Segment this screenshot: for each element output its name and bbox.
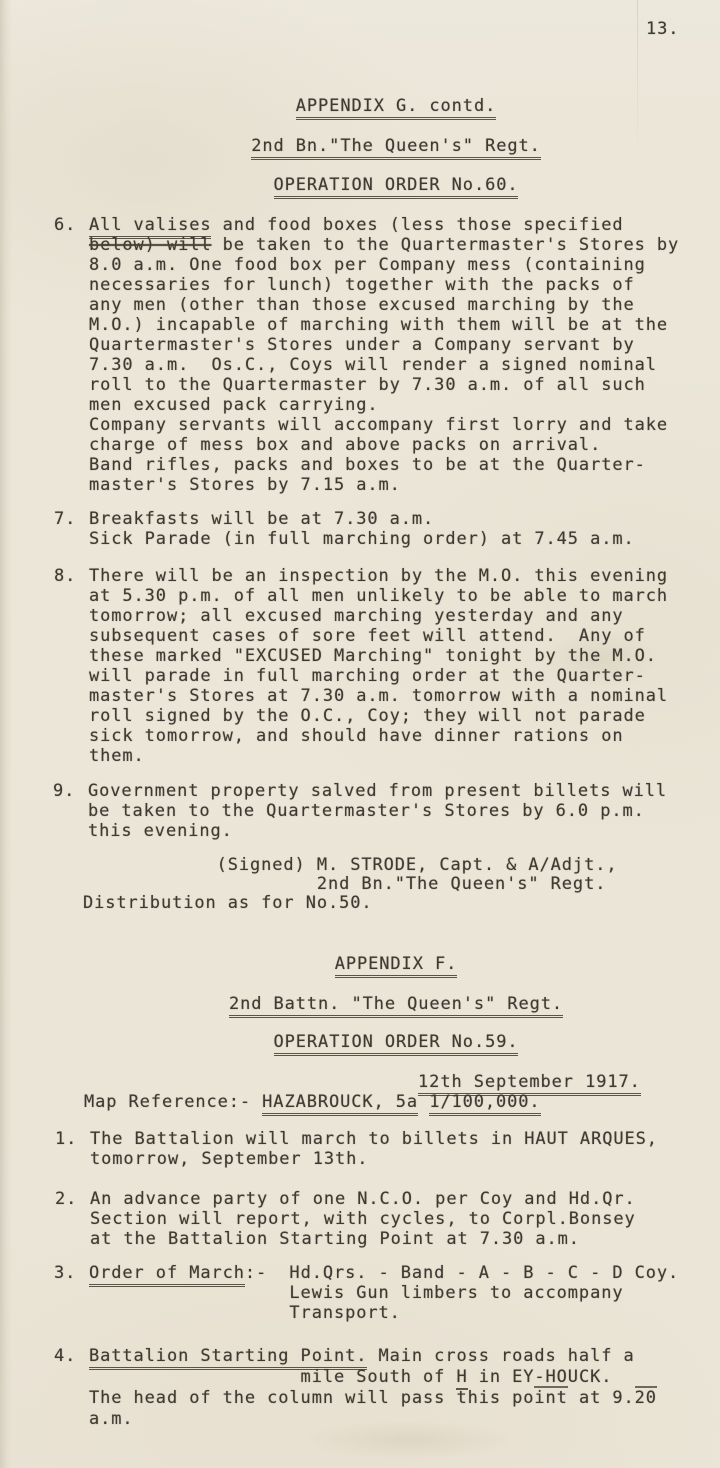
text-segment: H: [456, 1367, 467, 1390]
para-3: 3.Order of March:- Hd.Qrs. - Band - A - …: [89, 1263, 679, 1343]
text-segment: 1/100,000.: [429, 1092, 540, 1116]
text-segment: Lewis Gun limbers to accompany: [89, 1283, 623, 1303]
text-segment: Map Reference:-: [84, 1092, 262, 1112]
text-line: An advance party of one N.C.O. per Coy a…: [90, 1189, 636, 1209]
text-segment: int: [534, 1386, 567, 1408]
text-segment: at 9.: [568, 1388, 635, 1408]
paragraph-number: 2.: [55, 1189, 77, 1209]
text-line: [89, 1323, 679, 1343]
underlined-heading: APPENDIX F.: [335, 954, 457, 978]
text-segment: [84, 1072, 418, 1092]
text-segment: 8.0 a.m. One food box per Company mess (…: [89, 255, 646, 275]
text-segment: Transport.: [89, 1303, 401, 1323]
text-line: (Signed) M. STRODE, Capt. & A/Adjt.,: [83, 856, 617, 875]
paragraph-number: 1.: [55, 1129, 77, 1149]
paragraph-number: 9.: [53, 781, 75, 801]
text-segment: any men (other than those excused marchi…: [89, 295, 635, 315]
text-segment: them.: [89, 746, 145, 766]
text-line: subsequent cases of sore feet will atten…: [89, 626, 668, 646]
text-segment: this evening.: [88, 821, 233, 841]
para-8: 8.There will be an inspection by the M.O…: [89, 566, 668, 766]
para-7: 7.Breakfasts will be at 7.30 a.m.Sick Pa…: [89, 509, 635, 549]
text-line: will parade in full marching order at th…: [89, 666, 668, 686]
text-segment: will parade in full marching order at th…: [89, 666, 646, 686]
text-line: mile South of H in EY-HOUCK.: [89, 1367, 657, 1388]
text-line: The head of the column will pass this po…: [89, 1388, 657, 1409]
text-segment: in EY-HOUCK.: [468, 1367, 613, 1387]
text-line: sick tomorrow, and should have dinner ra…: [89, 726, 668, 746]
paragraph-number: 7.: [54, 509, 76, 529]
para-4: 4.Battalion Starting Point. Main cross r…: [89, 1346, 657, 1430]
text-segment: at 5.30 p.m. of all men unlikely to be a…: [89, 586, 668, 606]
underlined-heading: APPENDIX G. contd.: [296, 96, 496, 120]
para-1: 1.The Battalion will march to billets in…: [90, 1129, 658, 1169]
page-number: 13.: [646, 19, 679, 39]
text-segment: necessaries for lunch) together with the…: [89, 275, 635, 295]
text-segment: at the Battalion Starting Point at 7.30 …: [90, 1229, 580, 1249]
underlined-heading: OPERATION ORDER No.59.: [274, 1032, 519, 1056]
text-segment: charge of mess box and above packs on ar…: [89, 435, 601, 455]
appendix-f-unit: 2nd Battn. "The Queen's" Regt.: [0, 994, 720, 1014]
text-segment: mile South of: [89, 1367, 456, 1387]
text-segment: Distribution as for No.50.: [83, 893, 373, 913]
appendix-f-order: OPERATION ORDER No.59.: [0, 1032, 720, 1052]
text-segment: Quartermaster's Stores under a Company s…: [89, 335, 635, 355]
text-segment: Band rifles, packs and boxes to be at th…: [89, 455, 646, 475]
paragraph-number: 6.: [54, 215, 76, 235]
text-line: them.: [89, 746, 668, 766]
text-line: charge of mess box and above packs on ar…: [89, 435, 679, 455]
underlined-heading: 2nd Bn."The Queen's" Regt.: [251, 136, 541, 160]
text-segment: be taken to the Quartermaster's Stores b…: [88, 801, 645, 821]
text-line: tomorrow; all excused marching yesterday…: [89, 606, 668, 626]
text-segment: roll to the Quartermaster by 7.30 a.m. o…: [89, 375, 646, 395]
text-segment: these marked "EXCUSED Marching" tonight …: [89, 646, 657, 666]
underlined-heading: 2nd Battn. "The Queen's" Regt.: [229, 994, 563, 1018]
text-segment: 2nd Bn."The Queen's" Regt.: [83, 874, 606, 894]
text-segment: Sick Parade (in full marching order) at …: [89, 529, 635, 549]
text-segment: 20: [635, 1386, 657, 1408]
text-line: roll to the Quartermaster by 7.30 a.m. o…: [89, 375, 679, 395]
text-line: necessaries for lunch) together with the…: [89, 275, 679, 295]
text-segment: sick tomorrow, and should have dinner ra…: [89, 726, 623, 746]
text-segment: and food boxes (less those specified: [211, 215, 623, 235]
text-line: Government property salved from present …: [88, 781, 667, 801]
text-line: at the Battalion Starting Point at 7.30 …: [90, 1229, 636, 1249]
date-map-block: 12th September 1917.Map Reference:- HAZA…: [84, 1072, 641, 1112]
text-line: 7.30 a.m. Os.C., Coys will render a sign…: [89, 355, 679, 375]
text-line: Transport.: [89, 1303, 679, 1323]
text-line: Quartermaster's Stores under a Company s…: [89, 335, 679, 355]
text-segment: :- Hd.Qrs. - Band - A - B - C - D Coy.: [245, 1263, 679, 1283]
text-segment: [418, 1092, 429, 1112]
text-line: Section will report, with cycles, to Cor…: [90, 1209, 636, 1229]
text-line: these marked "EXCUSED Marching" tonight …: [89, 646, 668, 666]
text-line: any men (other than those excused marchi…: [89, 295, 679, 315]
text-segment: Company servants will accompany first lo…: [89, 415, 668, 435]
text-segment: An advance party of one N.C.O. per Coy a…: [90, 1189, 636, 1209]
text-segment: men excused pack carrying.: [89, 395, 379, 415]
text-segment: be taken to the Quartermaster's Stores b…: [211, 235, 679, 255]
text-line: this evening.: [88, 821, 667, 841]
appendix-f-title: APPENDIX F.: [0, 954, 720, 974]
text-line: below) will be taken to the Quartermaste…: [89, 235, 679, 255]
text-line: M.O.) incapable of marching with them wi…: [89, 315, 679, 335]
text-segment: roll signed by the O.C., Coy; they will …: [89, 706, 646, 726]
text-segment: tomorrow; all excused marching yesterday…: [89, 606, 623, 626]
text-line: Battalion Starting Point. Main cross roa…: [89, 1346, 657, 1367]
text-line: roll signed by the O.C., Coy; they will …: [89, 706, 668, 726]
text-line: Distribution as for No.50.: [83, 894, 617, 913]
text-segment: master's Stores by 7.15 a.m.: [89, 475, 401, 495]
paragraph-number: 3.: [54, 1263, 76, 1283]
text-line: 12th September 1917.: [84, 1072, 641, 1092]
text-segment: below) will: [89, 235, 211, 255]
text-line: men excused pack carrying.: [89, 395, 679, 415]
text-line: All valises and food boxes (less those s…: [89, 215, 679, 235]
text-segment: Breakfasts will be at 7.30 a.m.: [89, 509, 434, 529]
paragraph-number: 8.: [54, 566, 76, 586]
paragraph-number: 4.: [54, 1346, 76, 1367]
text-line: at 5.30 p.m. of all men unlikely to be a…: [89, 586, 668, 606]
text-segment: Government property salved from present …: [88, 781, 667, 801]
signature-block: (Signed) M. STRODE, Capt. & A/Adjt., 2nd…: [83, 856, 617, 913]
para-9: 9.Government property salved from presen…: [88, 781, 667, 841]
text-segment: M.O.) incapable of marching with them wi…: [89, 315, 668, 335]
text-line: Breakfasts will be at 7.30 a.m.: [89, 509, 635, 529]
text-line: master's Stores at 7.30 a.m. tomorrow wi…: [89, 686, 668, 706]
text-line: tomorrow, September 13th.: [90, 1149, 658, 1169]
text-segment: tomorrow, September 13th.: [90, 1149, 368, 1169]
text-line: 2nd Bn."The Queen's" Regt.: [83, 875, 617, 894]
para-2: 2.An advance party of one N.C.O. per Coy…: [90, 1189, 636, 1249]
text-line: There will be an inspection by the M.O. …: [89, 566, 668, 586]
text-segment: Section will report, with cycles, to Cor…: [90, 1209, 636, 1229]
text-line: master's Stores by 7.15 a.m.: [89, 475, 679, 495]
text-segment: HAZABROUCK, 5a: [262, 1092, 418, 1116]
text-line: The Battalion will march to billets in H…: [90, 1129, 658, 1149]
text-line: a.m.: [89, 1409, 657, 1430]
text-segment: 7.30 a.m. Os.C., Coys will render a sign…: [89, 355, 657, 375]
text-line: Lewis Gun limbers to accompany: [89, 1283, 679, 1303]
para-6: 6.All valises and food boxes (less those…: [89, 215, 679, 495]
text-segment: master's Stores at 7.30 a.m. tomorrow wi…: [89, 686, 668, 706]
text-line: Band rifles, packs and boxes to be at th…: [89, 455, 679, 475]
text-line: Sick Parade (in full marching order) at …: [89, 529, 635, 549]
document-page: 13. APPENDIX G. contd. 2nd Bn."The Queen…: [0, 0, 720, 1468]
appendix-g-title: APPENDIX G. contd.: [0, 96, 720, 116]
appendix-g-unit: 2nd Bn."The Queen's" Regt.: [0, 136, 720, 156]
text-segment: The head of the column will pass this po: [89, 1388, 534, 1408]
text-line: Order of March:- Hd.Qrs. - Band - A - B …: [89, 1263, 679, 1283]
text-segment: a.m.: [89, 1409, 134, 1429]
text-segment: Main cross roads half a: [367, 1346, 634, 1366]
text-line: 8.0 a.m. One food box per Company mess (…: [89, 255, 679, 275]
text-line: be taken to the Quartermaster's Stores b…: [88, 801, 667, 821]
underlined-heading: OPERATION ORDER No.60.: [274, 175, 519, 199]
text-line: Company servants will accompany first lo…: [89, 415, 679, 435]
text-segment: There will be an inspection by the M.O. …: [89, 566, 668, 586]
text-segment: subsequent cases of sore feet will atten…: [89, 626, 646, 646]
text-segment: The Battalion will march to billets in H…: [90, 1129, 658, 1149]
appendix-g-order: OPERATION ORDER No.60.: [0, 175, 720, 195]
text-segment: (Signed) M. STRODE, Capt. & A/Adjt.,: [83, 855, 617, 875]
